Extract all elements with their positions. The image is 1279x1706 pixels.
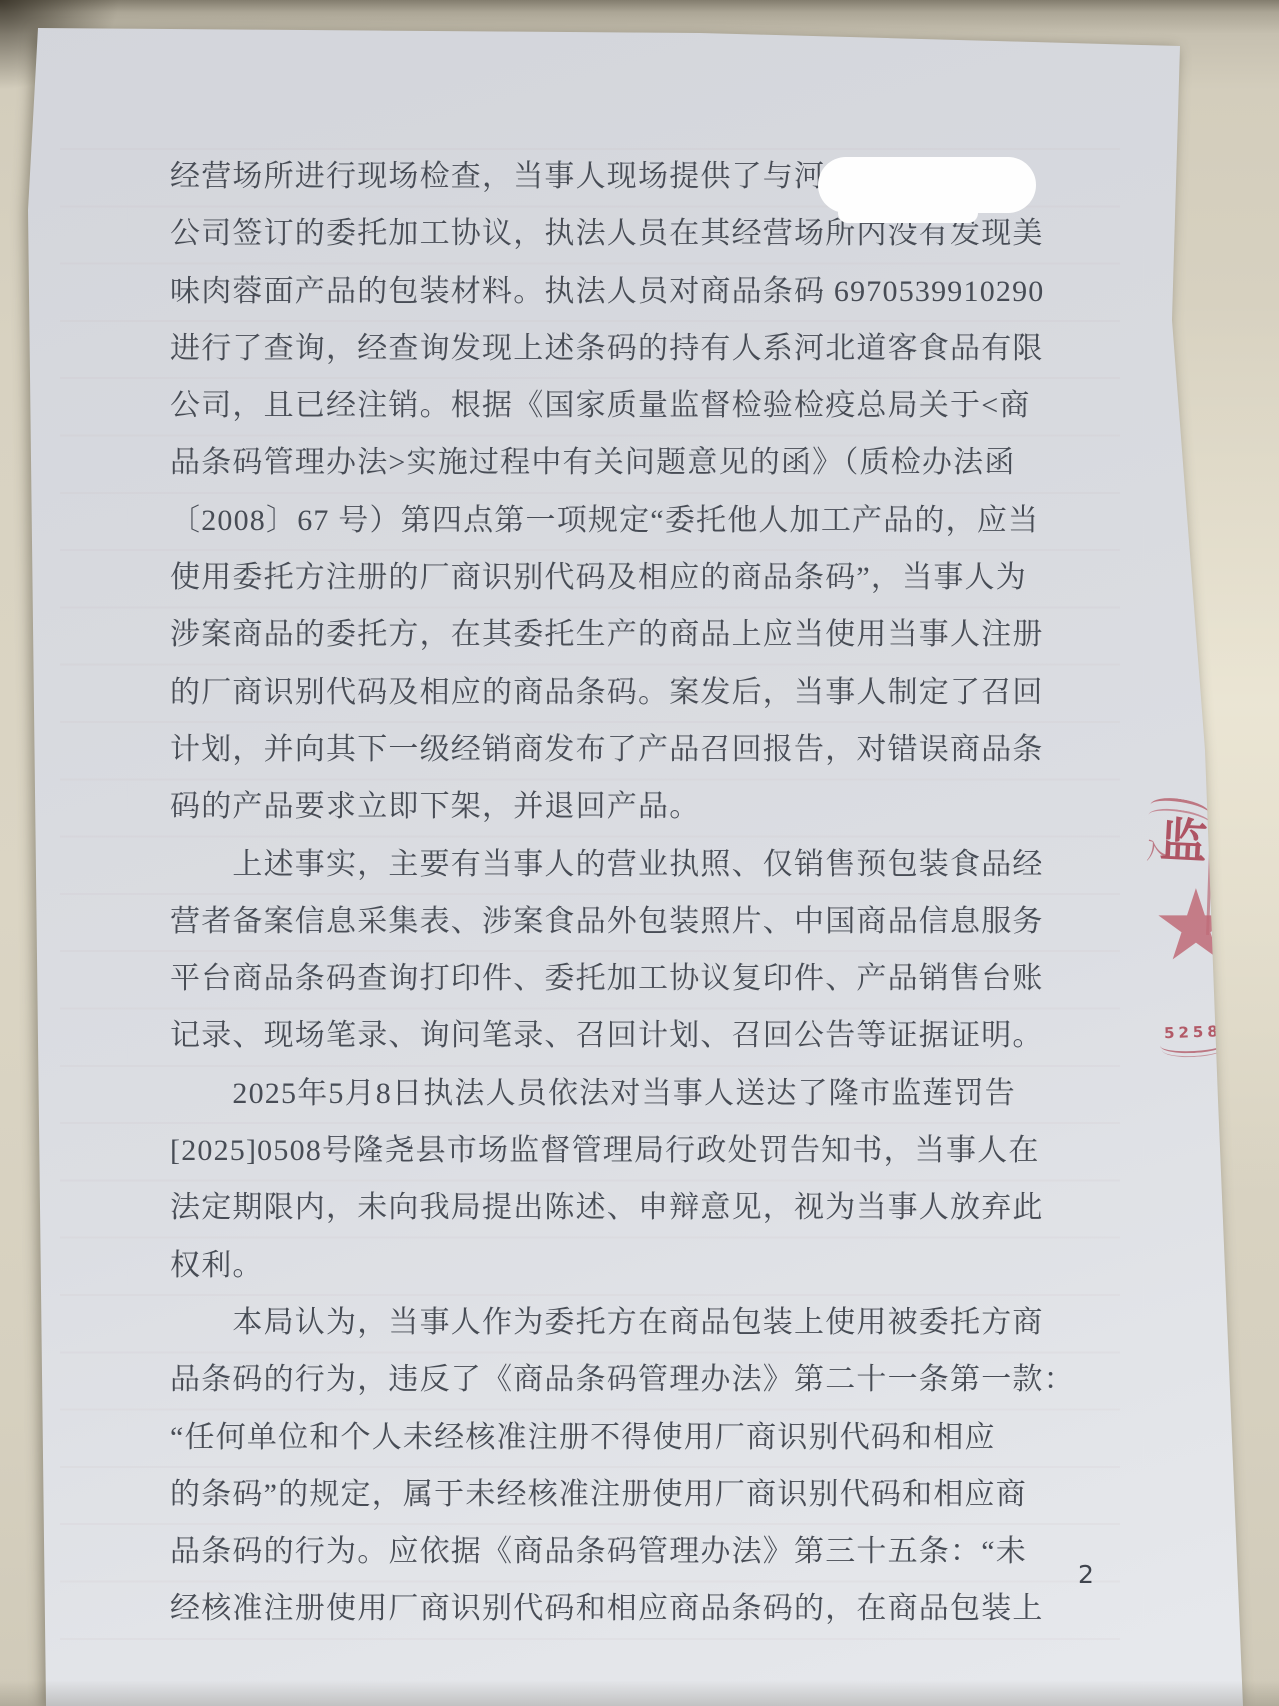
seal-partial-character: 入 xyxy=(1142,837,1168,863)
doc-line: 品条码的行为，违反了《商品条码管理办法》第二十一条第一款： xyxy=(170,1351,1030,1408)
doc-line: 涉案商品的委托方，在其委托生产的商品上应当使用当事人注册 xyxy=(170,606,1030,663)
doc-line: 品条码的行为。应依据《商品条码管理办法》第三十五条：“未 xyxy=(170,1523,1030,1580)
doc-line: 法定期限内，未向我局提出陈述、申辩意见，视为当事人放弃此 xyxy=(170,1179,1030,1236)
doc-line: 本局认为，当事人作为委托方在商品包装上使用被委托方商 xyxy=(170,1294,1030,1351)
seal-border-arc xyxy=(1147,805,1213,835)
doc-line: 计划，并向其下一级经销商发布了产品召回报告，对错误商品条 xyxy=(170,721,1030,778)
seal-character: 监 xyxy=(1159,818,1208,867)
seal-edge-ink-line xyxy=(1206,823,1213,935)
doc-line: 进行了查询，经查询发现上述条码的持有人系河北道客食品有限 xyxy=(170,320,1030,377)
doc-line: 公司，且已经注销。根据《国家质量监督检验检疫总局关于<商 xyxy=(170,377,1030,434)
doc-line: 记录、现场笔录、询问笔录、召回计划、召回公告等证据证明。 xyxy=(170,1007,1030,1064)
official-seal-stamp: 监 入 ★ 52581 xyxy=(1140,795,1260,1075)
document-page: 经营场所进行现场检查，当事人现场提供了与河北 公司签订的委托加工协议，执法人员在… xyxy=(0,0,1279,1706)
doc-line: 的厂商识别代码及相应的商品条码。案发后，当事人制定了召回 xyxy=(170,664,1030,721)
doc-line: 2025年5月8日执法人员依法对当事人送达了隆市监莲罚告 xyxy=(170,1065,1030,1122)
paper-sheet-wrapper: 经营场所进行现场检查，当事人现场提供了与河北 公司签订的委托加工协议，执法人员在… xyxy=(0,0,1279,1706)
doc-line: [2025]0508号隆尧县市场监督管理局行政处罚告知书，当事人在 xyxy=(170,1122,1030,1179)
redaction-blob-edge xyxy=(838,203,978,223)
page-number: 2 xyxy=(1078,1560,1094,1589)
doc-line: 营者备案信息采集表、涉案食品外包装照片、中国商品信息服务 xyxy=(170,893,1030,950)
seal-star-icon: ★ xyxy=(1152,877,1240,975)
doc-line: 权利。 xyxy=(170,1237,1030,1294)
doc-line: 的条码”的规定，属于未经核准注册使用厂商识别代码和相应商 xyxy=(170,1466,1030,1523)
document-body-text: 经营场所进行现场检查，当事人现场提供了与河北 公司签订的委托加工协议，执法人员在… xyxy=(170,148,1030,1638)
photo-bottom-vignette xyxy=(0,1680,1279,1706)
photo-of-document: 经营场所进行现场检查，当事人现场提供了与河北 公司签订的委托加工协议，执法人员在… xyxy=(0,0,1279,1706)
seal-border-arc xyxy=(1162,1038,1227,1058)
doc-line: 〔2008〕67 号）第四点第一项规定“委托他人加工产品的，应当 xyxy=(170,492,1030,549)
seal-serial-number: 52581 xyxy=(1164,1022,1237,1043)
doc-line: 平台商品条码查询打印件、委托加工协议复印件、产品销售台账 xyxy=(170,950,1030,1007)
seal-border-arc xyxy=(1149,794,1212,824)
doc-line: 经核准注册使用厂商识别代码和相应商品条码的，在商品包装上 xyxy=(170,1580,1030,1637)
doc-line: “任何单位和个人未经核准注册不得使用厂商识别代码和相应 xyxy=(170,1409,1030,1466)
doc-line: 使用委托方注册的厂商识别代码及相应的商品条码”，当事人为 xyxy=(170,549,1030,606)
doc-line: 味肉蓉面产品的包装材料。执法人员对商品条码 6970539910290 xyxy=(170,263,1030,320)
doc-line: 品条码管理办法>实施过程中有关问题意见的函》（质检办法函 xyxy=(170,434,1030,491)
doc-line: 上述事实，主要有当事人的营业执照、仅销售预包装食品经 xyxy=(170,836,1030,893)
doc-line: 码的产品要求立即下架，并退回产品。 xyxy=(170,778,1030,835)
seal-border-arc xyxy=(1160,1033,1229,1055)
